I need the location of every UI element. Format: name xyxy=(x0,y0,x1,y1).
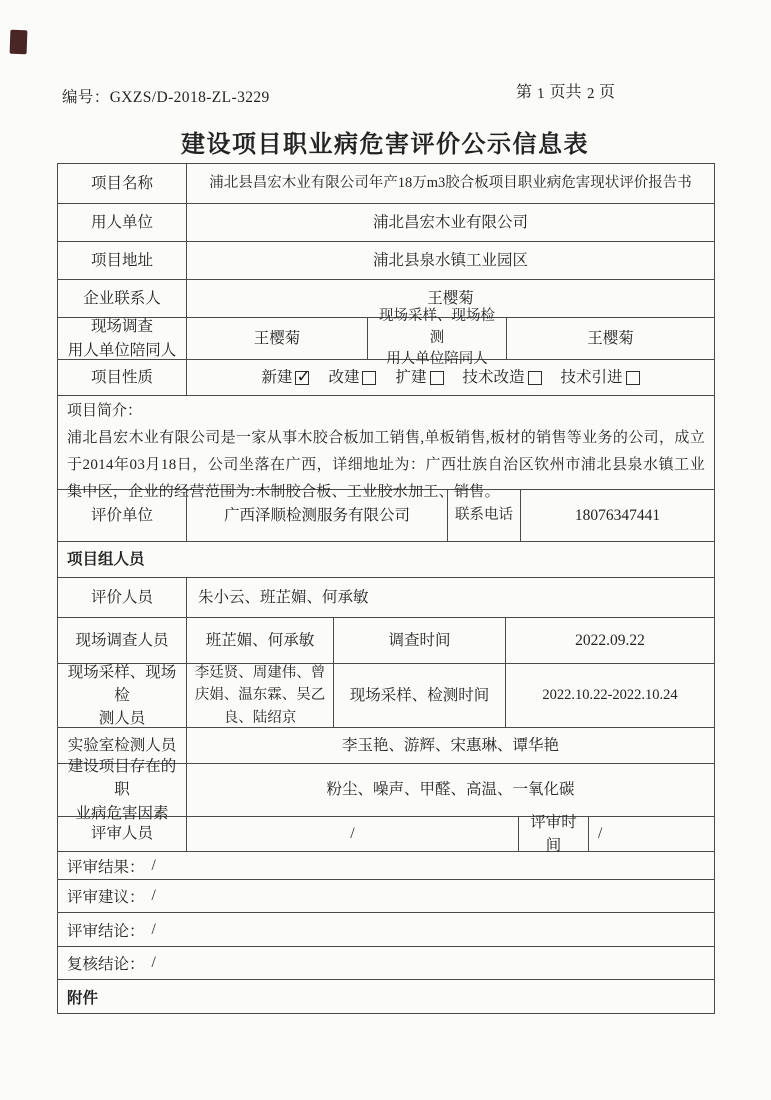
row-value: 班芷媚、何承敏 xyxy=(187,618,334,663)
row-label: 评审结果： xyxy=(67,855,145,877)
row-value: / xyxy=(187,817,519,851)
nature-checkbox xyxy=(362,371,376,385)
table-row: 评审人员 / 评审时间 / xyxy=(58,817,714,852)
row-value: / xyxy=(152,921,156,939)
row-label: 项目性质 xyxy=(58,360,187,395)
page-indicator: 第1页共2页 xyxy=(516,79,615,102)
row-value: 粉尘、噪声、甲醛、高温、一氧化碳 xyxy=(187,764,714,816)
doc-number-label: 编号： xyxy=(62,89,110,106)
page-title: 建设项目职业病危害评价公示信息表 xyxy=(57,124,713,159)
row-value: 李玉艳、游辉、宋惠琳、谭华艳 xyxy=(187,728,714,763)
nature-option: 技术引进 xyxy=(561,366,640,389)
row-label: 现场采样、现场检 测人员 xyxy=(58,664,187,727)
row-label: 企业联系人 xyxy=(58,280,187,317)
row-value: 浦北县泉水镇工业园区 xyxy=(187,242,714,279)
time-value: 2022.09.22 xyxy=(506,618,714,663)
table-row: 评价人员 朱小云、班芷媚、何承敏 xyxy=(58,578,714,618)
time-label: 调查时间 xyxy=(334,618,506,663)
row-label: 评价人员 xyxy=(58,578,187,617)
attachment-row: 附件 xyxy=(58,980,714,1013)
row-label: 现场调查人员 xyxy=(58,618,187,663)
doc-number: 编号：GXZS/D-2018-ZL-3229 xyxy=(62,85,270,107)
nature-options: 新建 改建 扩建 技术改造 技术引进 xyxy=(187,360,714,395)
row-label: 评审结论： xyxy=(67,919,145,941)
nature-option: 扩建 xyxy=(395,366,443,389)
info-table: 项目名称 浦北县昌宏木业有限公司年产18万m3胶合板项目职业病危害现状评价报告书… xyxy=(57,163,715,1014)
review-result-row: 评审结果：/ xyxy=(58,852,714,880)
nature-checkbox xyxy=(626,371,640,385)
row-value: / xyxy=(152,857,156,875)
time-label: 现场采样、检测时间 xyxy=(334,664,506,727)
phone-label: 联系电话 xyxy=(448,490,521,541)
page-current-number: 1 xyxy=(537,86,545,103)
nature-checkbox xyxy=(528,371,542,385)
table-row: 建设项目存在的职 业病危害因素 粉尘、噪声、甲醛、高温、一氧化碳 xyxy=(58,764,714,817)
row-label: 评审人员 xyxy=(58,817,187,851)
review-suggestion-row: 评审建议：/ xyxy=(58,880,714,913)
intro-label: 项目简介： xyxy=(67,399,705,425)
table-row: 现场调查 用人单位陪同人 王樱菊 现场采样、现场检测 用人单位陪同人 王樱菊 xyxy=(58,318,714,360)
row-label: 评价单位 xyxy=(58,490,187,541)
option-label: 新建 xyxy=(261,366,292,389)
row-label: 用人单位 xyxy=(58,204,187,241)
row-value: 朱小云、班芷媚、何承敏 xyxy=(187,578,714,617)
option-label: 扩建 xyxy=(395,366,426,389)
nature-checkbox xyxy=(295,371,309,385)
section-header-row: 项目组人员 xyxy=(58,542,714,578)
phone-value: 18076347441 xyxy=(521,490,714,541)
row-value: / xyxy=(152,954,156,972)
review-conclusion-row: 评审结论：/ xyxy=(58,913,714,947)
option-label: 技术引进 xyxy=(561,366,623,389)
nature-option: 新建 xyxy=(261,366,309,389)
table-row: 项目名称 浦北县昌宏木业有限公司年产18万m3胶合板项目职业病危害现状评价报告书 xyxy=(58,164,714,204)
option-label: 改建 xyxy=(328,366,359,389)
row-value: 浦北昌宏木业有限公司 xyxy=(187,204,714,241)
row-value: / xyxy=(152,887,156,905)
row-label: 项目地址 xyxy=(58,242,187,279)
table-row: 评价单位 广西泽顺检测服务有限公司 联系电话 18076347441 xyxy=(58,490,714,542)
row-label: 项目名称 xyxy=(58,164,187,203)
table-row: 现场调查人员 班芷媚、何承敏 调查时间 2022.09.22 xyxy=(58,618,714,664)
row-value: 浦北县昌宏木业有限公司年产18万m3胶合板项目职业病危害现状评价报告书 xyxy=(187,164,714,203)
page-prefix: 第 xyxy=(516,84,532,101)
row-label: 复核结论： xyxy=(67,952,145,974)
time-value: 2022.10.22-2022.10.24 xyxy=(506,664,714,727)
scanned-document-page: 编号：GXZS/D-2018-ZL-3229 第1页共2页 建设项目职业病危害评… xyxy=(0,0,771,1100)
table-row: 项目地址 浦北县泉水镇工业园区 xyxy=(58,242,714,280)
page-middle: 页共 xyxy=(550,84,582,101)
table-row: 用人单位 浦北昌宏木业有限公司 xyxy=(58,204,714,242)
recheck-conclusion-row: 复核结论：/ xyxy=(58,947,714,980)
nature-options-wrap: 新建 改建 扩建 技术改造 技术引进 xyxy=(191,366,710,389)
page-total-number: 2 xyxy=(586,86,594,103)
row-value: 广西泽顺检测服务有限公司 xyxy=(187,490,448,541)
scan-corner-mark xyxy=(10,30,28,55)
row-label: 评审建议： xyxy=(67,885,145,907)
row-label: 建设项目存在的职 业病危害因素 xyxy=(58,764,187,816)
nature-checkbox xyxy=(430,371,444,385)
project-intro-block: 项目简介： 浦北昌宏木业有限公司是一家从事木胶合板加工销售,单板销售,板材的销售… xyxy=(58,396,714,490)
table-row: 现场采样、现场检 测人员 李廷贤、周建伟、曾庆娟、温东霖、吴乙良、陆绍京 现场采… xyxy=(58,664,714,728)
attachment-label: 附件 xyxy=(67,986,98,1008)
page-suffix: 页 xyxy=(599,84,615,101)
time-value: / xyxy=(589,817,714,851)
nature-option: 技术改造 xyxy=(463,366,542,389)
row-value-2: 王樱菊 xyxy=(507,318,714,359)
row-value: 李廷贤、周建伟、曾庆娟、温东霖、吴乙良、陆绍京 xyxy=(187,664,334,727)
row-value: 王樱菊 xyxy=(187,318,368,359)
section-header: 项目组人员 xyxy=(58,542,714,577)
doc-number-value: GXZS/D-2018-ZL-3229 xyxy=(110,89,270,106)
row-label-2: 现场采样、现场检测 用人单位陪同人 xyxy=(368,318,507,359)
table-row-project-nature: 项目性质 新建 改建 扩建 技术改造 技术引进 xyxy=(58,360,714,396)
nature-option: 改建 xyxy=(328,366,376,389)
option-label: 技术改造 xyxy=(463,366,525,389)
time-label: 评审时间 xyxy=(519,817,589,851)
row-label: 现场调查 用人单位陪同人 xyxy=(58,318,187,359)
